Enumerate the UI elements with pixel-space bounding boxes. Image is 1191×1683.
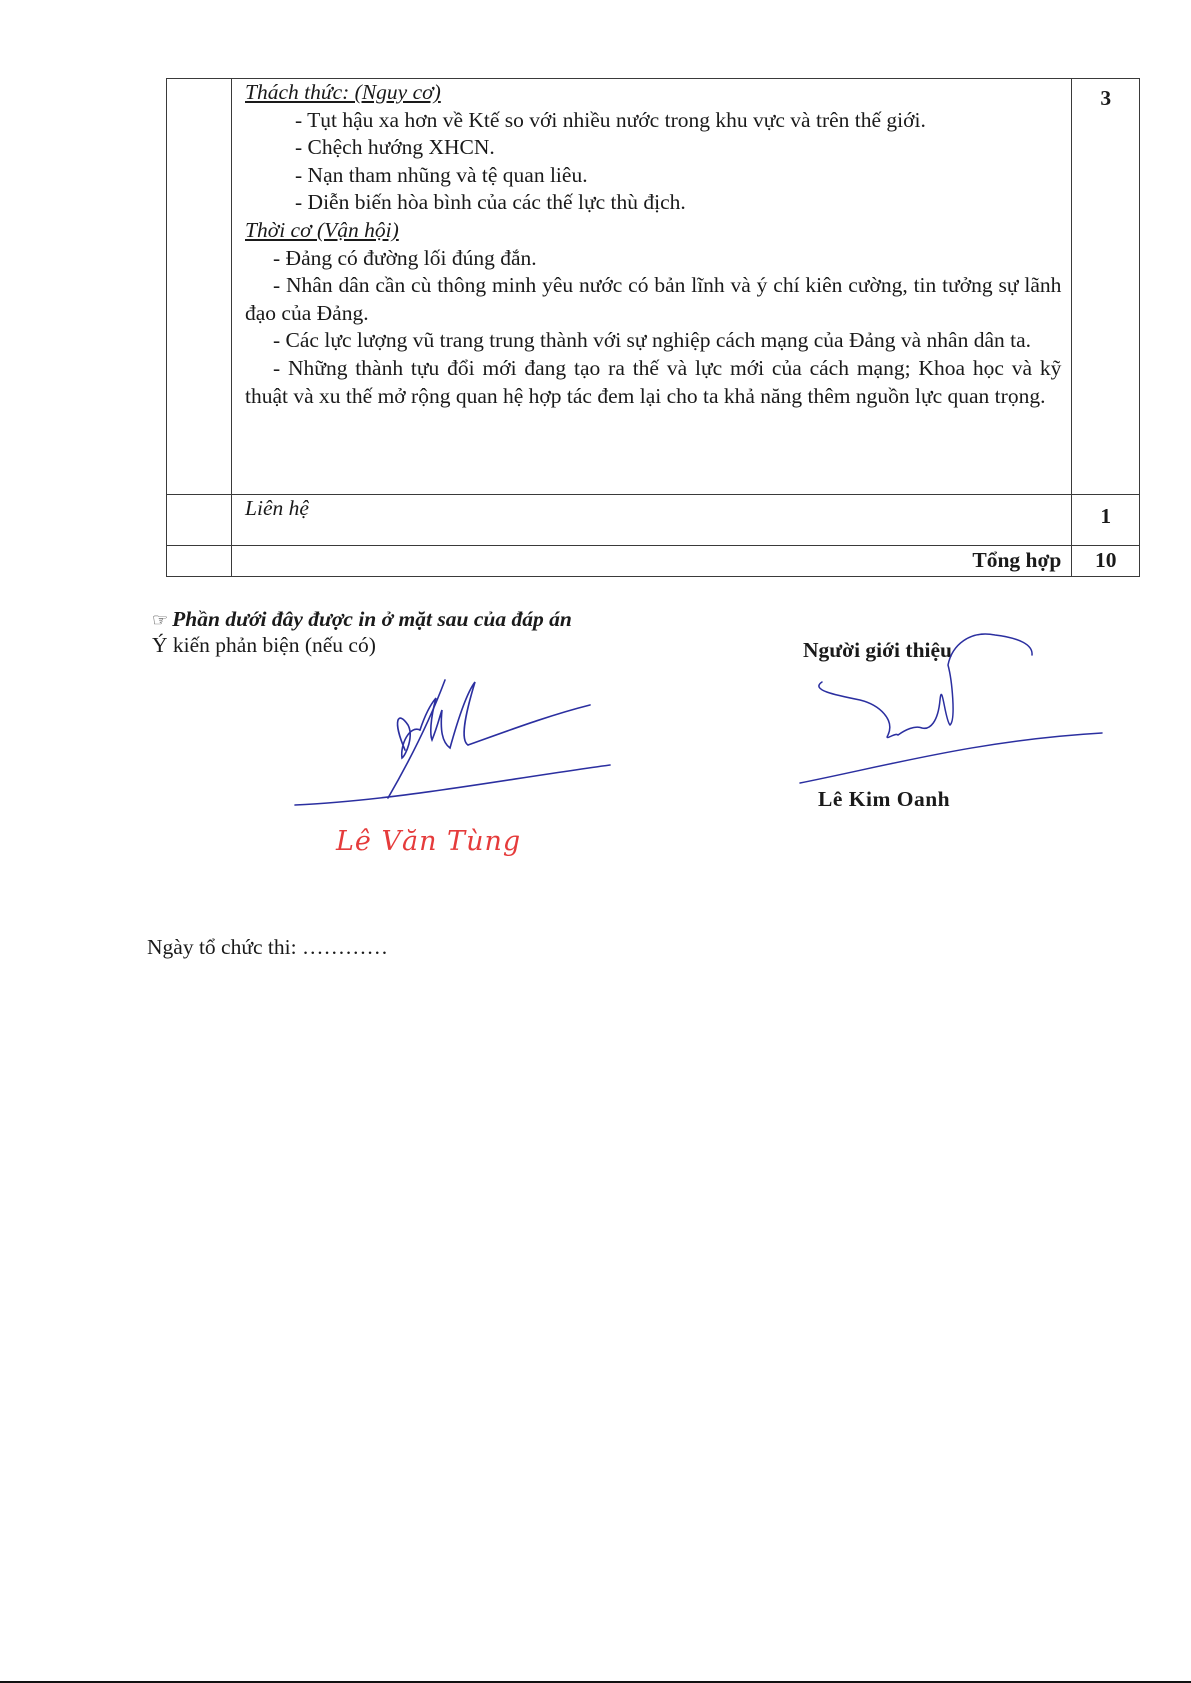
- exam-date-field: Ngày tổ chức thi: …………: [147, 935, 388, 960]
- document-page: Thách thức: (Nguy cơ) - Tụt hậu xa hơn v…: [0, 0, 1191, 1683]
- challenges-heading: Thách thức: (Nguy cơ): [245, 79, 1061, 107]
- opportunity-item: - Những thành tựu đổi mới đang tạo ra th…: [245, 355, 1061, 410]
- challenge-item: - Nạn tham nhũng và tệ quan liêu.: [245, 162, 1061, 190]
- challenge-item: - Diễn biến hòa bình của các thế lực thù…: [245, 189, 1061, 217]
- challenge-item: - Tụt hậu xa hơn về Ktế so với nhiều nướ…: [245, 107, 1061, 135]
- index-cell: [167, 546, 232, 577]
- total-score: 10: [1072, 546, 1140, 577]
- lienhe-label: Liên hệ: [232, 495, 1072, 546]
- index-cell: [167, 495, 232, 546]
- note-text: Phần dưới đây được in ở mặt sau của đáp …: [172, 607, 572, 631]
- reviewer-signature: [280, 670, 620, 820]
- pointing-hand-icon: ☞: [152, 610, 168, 630]
- challenge-item: - Chệch hướng XHCN.: [245, 134, 1061, 162]
- index-cell: [167, 79, 232, 495]
- opportunity-item: - Các lực lượng vũ trang trung thành với…: [245, 327, 1061, 355]
- introducer-name: Lê Kim Oanh: [818, 787, 950, 812]
- introducer-signature: [780, 620, 1120, 800]
- opportunity-item: - Đảng có đường lối đúng đắn.: [245, 245, 1061, 273]
- opportunities-heading: Thời cơ (Vận hội): [245, 217, 1061, 245]
- opportunity-item: - Nhân dân cần cù thông minh yêu nước có…: [245, 272, 1061, 327]
- table-row-main-content: Thách thức: (Nguy cơ) - Tụt hậu xa hơn v…: [167, 79, 1140, 495]
- reviewer-name-stamp: Lê Văn Tùng: [336, 826, 521, 857]
- total-label: Tổng hợp: [232, 546, 1072, 577]
- lienhe-score: 1: [1072, 495, 1140, 546]
- content-cell: Thách thức: (Nguy cơ) - Tụt hậu xa hơn v…: [232, 79, 1072, 495]
- grading-table: Thách thức: (Nguy cơ) - Tụt hậu xa hơn v…: [166, 78, 1140, 577]
- table-row-total: Tổng hợp 10: [167, 546, 1140, 577]
- back-side-note: ☞Phần dưới đây được in ở mặt sau của đáp…: [152, 607, 572, 632]
- table-row-lienhe: Liên hệ 1: [167, 495, 1140, 546]
- score-cell: 3: [1072, 79, 1140, 495]
- reviewer-opinion-label: Ý kiến phản biện (nếu có): [152, 633, 376, 658]
